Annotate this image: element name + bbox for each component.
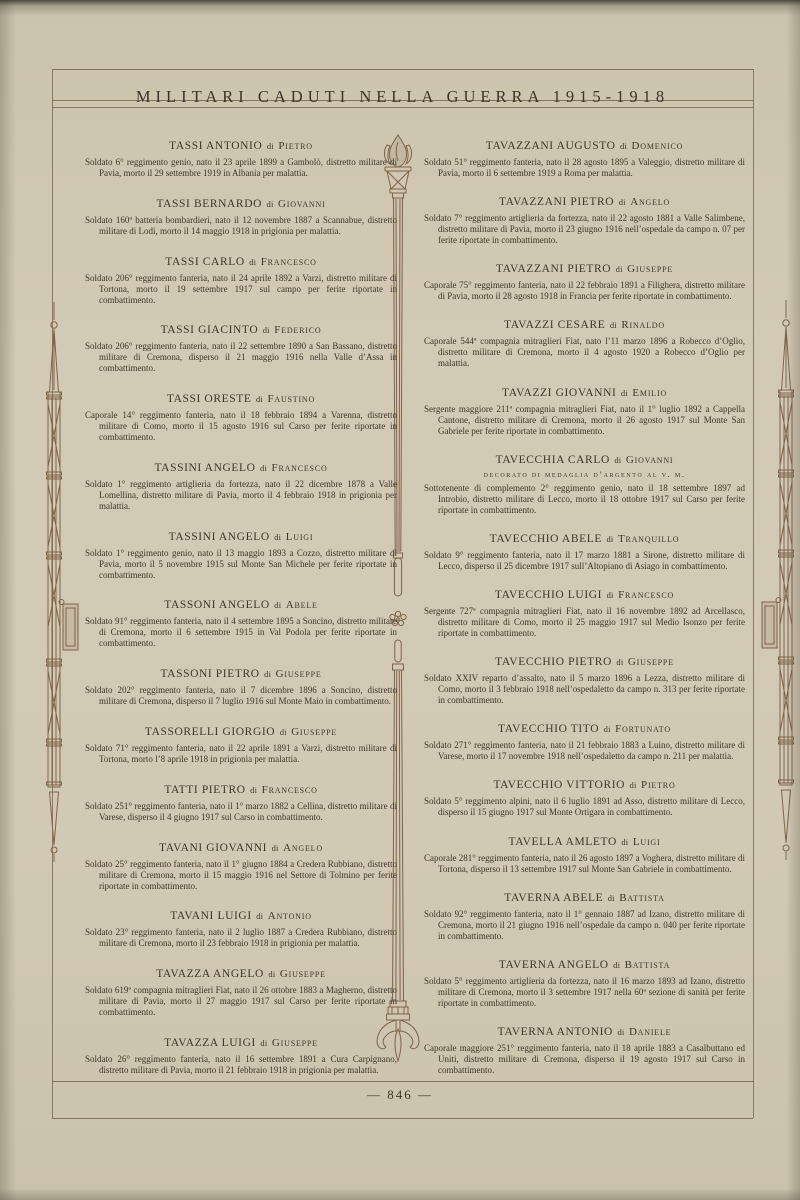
soldier-entry: TAVELLA AMLETO di Luigi Caporale 281° re… (424, 836, 745, 875)
father-name: Faustino (267, 393, 315, 405)
soldier-record: Soldato 23° reggimento fanteria, nato il… (85, 927, 397, 949)
soldier-name: TASSI ORESTE (167, 393, 252, 405)
soldier-heading: TAVAZZANI PIETRO di Angelo (424, 196, 745, 208)
soldier-heading: TASSONI PIETRO di Giuseppe (85, 668, 397, 680)
frame-line-right (753, 69, 754, 1118)
soldier-entry: TAVECCHIO ABELE di Tranquillo Soldato 9°… (424, 533, 745, 572)
soldier-heading: TAVAZZI CESARE di Rinaldo (424, 319, 745, 331)
father-name: Giuseppe (291, 726, 337, 738)
soldier-name: TAVAZZANI PIETRO (499, 196, 614, 208)
patronymic-particle: di (266, 141, 275, 151)
patronymic-particle: di (615, 657, 624, 667)
patronymic-particle: di (248, 257, 257, 267)
soldier-record: Soldato 1° reggimento artiglieria da for… (85, 479, 397, 512)
frame-line-left (52, 69, 53, 1118)
patronymic-particle: di (606, 590, 615, 600)
soldier-entry: TAVANI GIOVANNI di Angelo Soldato 25° re… (85, 842, 397, 892)
soldier-name: TASSI ANTONIO (169, 140, 262, 152)
father-name: Domenico (632, 140, 684, 152)
patronymic-particle: di (616, 1027, 625, 1037)
soldier-heading: TAVERNA ANTONIO di Daniele (424, 1026, 745, 1038)
soldier-record: Soldato 5° reggimento alpini, nato il 6 … (424, 796, 745, 818)
soldier-heading: TATTI PIETRO di Francesco (85, 784, 397, 796)
soldier-heading: TASSINI ANGELO di Luigi (85, 531, 397, 543)
soldier-heading: TAVANI LUIGI di Antonio (85, 910, 397, 922)
soldier-name: TAVERNA ABELE (504, 892, 603, 904)
soldier-entry: TAVECCHIO PIETRO di Giuseppe Soldato XXI… (424, 656, 745, 706)
soldier-entry: TAVECCHIO LUIGI di Francesco Sergente 72… (424, 589, 745, 639)
soldier-record: Soldato 160ª batteria bombardieri, nato … (85, 215, 397, 237)
soldier-record: Sergente 727ª compagnia mitraglieri Fiat… (424, 606, 745, 639)
soldier-record: Soldato 92° reggimento fanteria, nato il… (424, 909, 745, 942)
soldier-entry: TAVERNA ANGELO di Battista Soldato 5° re… (424, 959, 745, 1009)
soldier-name: TAVANI GIOVANNI (159, 842, 267, 854)
patronymic-particle: di (618, 197, 627, 207)
soldier-name: TAVERNA ANTONIO (498, 1026, 613, 1038)
patronymic-particle: di (615, 264, 624, 274)
soldier-heading: TAVECCHIO TITO di Fortunato (424, 723, 745, 735)
soldier-record: Soldato XXIV reparto d’assalto, nato il … (424, 673, 745, 706)
scanned-book-page: MILITARI CADUTI NELLA GUERRA 1915-1918 (0, 0, 800, 1200)
soldier-heading: TAVECCHIO LUIGI di Francesco (424, 589, 745, 601)
soldier-entry: TAVECCHIO TITO di Fortunato Soldato 271°… (424, 723, 745, 762)
patronymic-particle: di (607, 893, 616, 903)
father-name: Angelo (630, 196, 670, 208)
father-name: Rinaldo (621, 319, 665, 331)
father-name: Angelo (283, 842, 323, 854)
soldier-heading: TAVECCHIA CARLO di Giovanni (424, 454, 745, 466)
soldier-name: TAVAZZI GIOVANNI (502, 387, 616, 399)
soldier-record: Soldato 206° reggimento fanteria, nato i… (85, 273, 397, 306)
soldier-name: TASSORELLI GIORGIO (145, 726, 275, 738)
soldier-name: TAVAZZANI AUGUSTO (486, 140, 616, 152)
patronymic-particle: di (603, 724, 612, 734)
patronymic-particle: di (262, 325, 271, 335)
soldier-name: TASSI CARLO (165, 256, 244, 268)
soldier-entry: TASSONI PIETRO di Giuseppe Soldato 202° … (85, 668, 397, 707)
patronymic-particle: di (620, 837, 629, 847)
soldier-name: TASSI GIACINTO (161, 324, 259, 336)
soldier-heading: TASSONI ANGELO di Abele (85, 599, 397, 611)
father-name: Luigi (286, 531, 314, 543)
soldier-entry: TAVECCHIO VITTORIO di Pietro Soldato 5° … (424, 779, 745, 818)
father-name: Giuseppe (628, 656, 674, 668)
decoration-line: decorato di medaglia d’argento al v. m. (424, 470, 745, 479)
soldier-entry: TAVAZZANI PIETRO di Angelo Soldato 7° re… (424, 196, 745, 246)
soldier-record: Sergente maggiore 211ª compagnia mitragl… (424, 404, 745, 437)
soldier-heading: TAVERNA ANGELO di Battista (424, 959, 745, 971)
patronymic-particle: di (612, 960, 621, 970)
soldier-name: TAVECCHIO LUIGI (495, 589, 602, 601)
frame-rule-top (52, 69, 753, 70)
soldier-entry: TAVERNA ANTONIO di Daniele Caporale magg… (424, 1026, 745, 1076)
father-name: Tranquillo (618, 533, 679, 545)
soldier-record: Caporale 281° reggimento fanteria, nato … (424, 853, 745, 875)
soldier-record: Caporale 544ª compagnia mitraglieri Fiat… (424, 336, 745, 369)
fasces-ornament-left (37, 302, 81, 862)
soldier-heading: TAVECCHIO ABELE di Tranquillo (424, 533, 745, 545)
soldier-heading: TASSI ANTONIO di Pietro (85, 140, 397, 152)
soldier-name: TAVECCHIO ABELE (490, 533, 602, 545)
patronymic-particle: di (267, 969, 276, 979)
father-name: Battista (625, 959, 671, 971)
soldier-record: Caporale 14° reggimento fanteria, nato i… (85, 410, 397, 443)
fasces-ornament-right (759, 300, 800, 860)
soldier-entry: TAVAZZI CESARE di Rinaldo Caporale 544ª … (424, 319, 745, 369)
soldier-record: Soldato 26° reggimento fanteria, nato il… (85, 1054, 397, 1076)
soldier-entry: TAVECCHIA CARLO di Giovanni decorato di … (424, 454, 745, 516)
soldier-heading: TAVELLA AMLETO di Luigi (424, 836, 745, 848)
soldier-record: Caporale maggiore 251° reggimento fanter… (424, 1043, 745, 1076)
soldier-record: Soldato 71° reggimento fanteria, nato il… (85, 743, 397, 765)
fasces-icon (759, 300, 800, 860)
soldier-entry: TAVANI LUIGI di Antonio Soldato 23° regg… (85, 910, 397, 949)
father-name: Francesco (262, 784, 318, 796)
patronymic-particle: di (259, 1038, 268, 1048)
father-name: Pietro (641, 779, 675, 791)
footer-rule-lower (52, 1118, 753, 1119)
father-name: Giovanni (278, 198, 326, 210)
soldier-name: TAVANI LUIGI (170, 910, 252, 922)
soldier-name: TAVECCHIO PIETRO (495, 656, 612, 668)
soldier-record: Soldato 9° reggimento fanteria, nato il … (424, 550, 745, 572)
soldier-heading: TAVERNA ABELE di Battista (424, 892, 745, 904)
soldier-heading: TAVANI GIOVANNI di Angelo (85, 842, 397, 854)
father-name: Giuseppe (276, 668, 322, 680)
soldier-record: Soldato 7° reggimento artiglieria da for… (424, 213, 745, 246)
fasces-icon (37, 302, 81, 862)
soldier-name: TAVECCHIO VITTORIO (493, 779, 625, 791)
soldier-name: TASSI BERNARDO (156, 198, 262, 210)
page-number: — 846 — (0, 1087, 800, 1103)
soldier-name: TASSINI ANGELO (169, 531, 270, 543)
soldier-entry: TAVAZZANI PIETRO di Giuseppe Caporale 75… (424, 263, 745, 302)
soldier-record: Sottotenente di complemento 2° reggiment… (424, 483, 745, 516)
soldier-entry: TASSI CARLO di Francesco Soldato 206° re… (85, 256, 397, 306)
patronymic-particle: di (271, 843, 280, 853)
father-name: Francesco (272, 462, 328, 474)
soldier-name: TATTI PIETRO (164, 784, 245, 796)
patronymic-particle: di (259, 463, 268, 473)
soldier-name: TASSONI PIETRO (160, 668, 259, 680)
soldier-name: TAVECCHIA CARLO (496, 454, 610, 466)
soldier-record: Soldato 6° reggimento genio, nato il 23 … (85, 157, 397, 179)
father-name: Abele (286, 599, 318, 611)
soldier-record: Soldato 25° reggimento fanteria, nato il… (85, 859, 397, 892)
father-name: Fortunato (615, 723, 671, 735)
soldier-heading: TASSI GIACINTO di Federico (85, 324, 397, 336)
patronymic-particle: di (263, 669, 272, 679)
soldier-heading: TASSI BERNARDO di Giovanni (85, 198, 397, 210)
patronymic-particle: di (629, 780, 638, 790)
soldier-heading: TASSINI ANGELO di Francesco (85, 462, 397, 474)
soldier-name: TAVAZZA ANGELO (156, 968, 264, 980)
soldier-entry: TAVAZZA ANGELO di Giuseppe Soldato 619ª … (85, 968, 397, 1018)
soldier-record: Soldato 271° reggimento fanteria, nato i… (424, 740, 745, 762)
father-name: Giuseppe (627, 263, 673, 275)
soldier-name: TAVAZZA LUIGI (164, 1037, 256, 1049)
patronymic-particle: di (266, 199, 275, 209)
footer-rule-upper (52, 1081, 753, 1082)
father-name: Giuseppe (272, 1037, 318, 1049)
father-name: Battista (619, 892, 665, 904)
soldier-name: TASSINI ANGELO (154, 462, 255, 474)
soldier-record: Caporale 75° reggimento fanteria, nato i… (424, 280, 745, 302)
father-name: Giuseppe (280, 968, 326, 980)
left-column: TASSI ANTONIO di Pietro Soldato 6° reggi… (85, 140, 397, 1076)
patronymic-particle: di (279, 727, 288, 737)
soldier-record: Soldato 91° reggimento fanteria, nato il… (85, 616, 397, 649)
father-name: Federico (274, 324, 321, 336)
soldier-entry: TASSI ANTONIO di Pietro Soldato 6° reggi… (85, 140, 397, 179)
soldier-record: Soldato 51° reggimento fanteria, nato il… (424, 157, 745, 179)
soldier-heading: TASSORELLI GIORGIO di Giuseppe (85, 726, 397, 738)
patronymic-particle: di (249, 785, 258, 795)
soldier-heading: TAVAZZANI AUGUSTO di Domenico (424, 140, 745, 152)
soldier-record: Soldato 5° reggimento artiglieria da for… (424, 976, 745, 1009)
soldier-heading: TAVAZZA ANGELO di Giuseppe (85, 968, 397, 980)
patronymic-particle: di (255, 394, 264, 404)
patronymic-particle: di (620, 388, 629, 398)
soldier-entry: TASSI ORESTE di Faustino Caporale 14° re… (85, 393, 397, 443)
soldier-record: Soldato 202° reggimento fanteria, nato i… (85, 685, 397, 707)
soldier-record: Soldato 206° reggimento fanteria, nato i… (85, 341, 397, 374)
soldier-entry: TASSORELLI GIORGIO di Giuseppe Soldato 7… (85, 726, 397, 765)
soldier-entry: TASSI GIACINTO di Federico Soldato 206° … (85, 324, 397, 374)
soldier-entry: TATTI PIETRO di Francesco Soldato 251° r… (85, 784, 397, 823)
soldier-name: TAVECCHIO TITO (498, 723, 599, 735)
soldier-heading: TASSI ORESTE di Faustino (85, 393, 397, 405)
father-name: Pietro (278, 140, 312, 152)
patronymic-particle: di (255, 911, 264, 921)
soldier-name: TASSONI ANGELO (164, 599, 270, 611)
father-name: Francesco (618, 589, 674, 601)
soldier-name: TAVERNA ANGELO (499, 959, 609, 971)
father-name: Francesco (261, 256, 317, 268)
patronymic-particle: di (273, 600, 282, 610)
soldier-entry: TASSINI ANGELO di Francesco Soldato 1° r… (85, 462, 397, 512)
soldier-entry: TAVAZZANI AUGUSTO di Domenico Soldato 51… (424, 140, 745, 179)
patronymic-particle: di (613, 455, 622, 465)
soldier-entry: TAVAZZA LUIGI di Giuseppe Soldato 26° re… (85, 1037, 397, 1076)
soldier-heading: TAVECCHIO PIETRO di Giuseppe (424, 656, 745, 668)
patronymic-particle: di (609, 320, 618, 330)
soldier-heading: TAVAZZI GIOVANNI di Emilio (424, 387, 745, 399)
soldier-heading: TASSI CARLO di Francesco (85, 256, 397, 268)
patronymic-particle: di (273, 532, 282, 542)
patronymic-particle: di (619, 141, 628, 151)
right-column: TAVAZZANI AUGUSTO di Domenico Soldato 51… (424, 140, 745, 1076)
soldier-name: TAVAZZI CESARE (504, 319, 605, 331)
soldier-record: Soldato 251° reggimento fanteria, nato i… (85, 801, 397, 823)
father-name: Antonio (268, 910, 312, 922)
soldier-entry: TASSI BERNARDO di Giovanni Soldato 160ª … (85, 198, 397, 237)
soldier-heading: TAVAZZA LUIGI di Giuseppe (85, 1037, 397, 1049)
father-name: Giovanni (626, 454, 674, 466)
soldier-entry: TAVERNA ABELE di Battista Soldato 92° re… (424, 892, 745, 942)
father-name: Emilio (632, 387, 667, 399)
soldier-entry: TASSONI ANGELO di Abele Soldato 91° regg… (85, 599, 397, 649)
soldier-entry: TAVAZZI GIOVANNI di Emilio Sergente magg… (424, 387, 745, 437)
page-title: MILITARI CADUTI NELLA GUERRA 1915-1918 (52, 82, 753, 111)
soldier-record: Soldato 1° reggimento genio, nato il 13 … (85, 548, 397, 581)
soldier-name: TAVAZZANI PIETRO (496, 263, 611, 275)
soldier-name: TAVELLA AMLETO (509, 836, 617, 848)
soldier-record: Soldato 619ª compagnia mitraglieri Fiat,… (85, 985, 397, 1018)
soldier-heading: TAVAZZANI PIETRO di Giuseppe (424, 263, 745, 275)
patronymic-particle: di (605, 534, 614, 544)
soldier-entry: TASSINI ANGELO di Luigi Soldato 1° reggi… (85, 531, 397, 581)
father-name: Luigi (633, 836, 661, 848)
soldier-heading: TAVECCHIO VITTORIO di Pietro (424, 779, 745, 791)
father-name: Daniele (629, 1026, 671, 1038)
